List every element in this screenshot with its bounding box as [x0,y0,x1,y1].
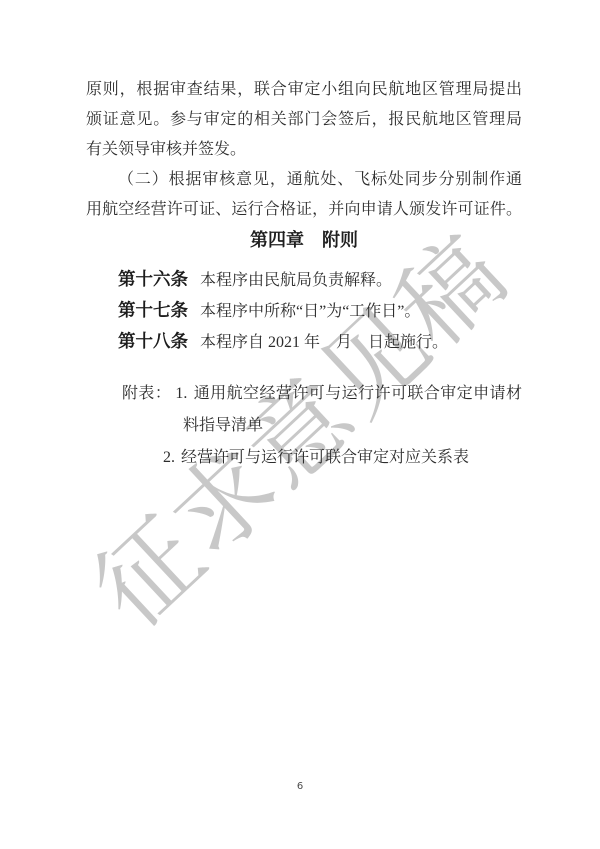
article-text: 本程序由民航局负责解释。 [200,272,392,289]
paragraph-line: （二）根据审核意见，通航处、飞标处同步分别制作通 [86,165,522,195]
paragraph-line: 原则，根据审查结果，联合审定小组向民航地区管理局提出 [86,75,522,105]
document-page: 征求意见稿 原则，根据审查结果，联合审定小组向民航地区管理局提出 颁证意见。参与… [0,0,600,849]
article-17: 第十七条本程序中所称“日”为“工作日”。 [86,295,522,326]
paragraph-line: 用航空经营许可证、运行合格证，并向申请人颁发许可证件。 [86,195,522,225]
appendix-item-1-line-1: 附表：1.通用航空经营许可与运行许可联合审定申请材 [86,378,522,410]
article-text: 本程序中所称“日”为“工作日”。 [200,303,420,320]
article-label: 第十七条 [118,300,188,320]
paragraph-line: 颁证意见。参与审定的相关部门会签后，报民航地区管理局 [86,105,522,135]
appendix-item-text: 通用航空经营许可与运行许可联合审定申请材 [193,385,522,402]
article-18: 第十八条本程序自 2021 年 月 日起施行。 [86,326,522,357]
appendix-label: 附表： [122,385,171,402]
article-text: 本程序自 2021 年 月 日起施行。 [200,334,448,351]
appendix-item-number: 2. [163,449,175,466]
chapter-heading: 第四章 附则 [86,225,522,255]
appendix-item-text: 经营许可与运行许可联合审定对应关系表 [181,449,469,466]
article-16: 第十六条本程序由民航局负责解释。 [86,264,522,295]
page-number: 6 [0,781,600,792]
page-content: 原则，根据审查结果，联合审定小组向民航地区管理局提出 颁证意见。参与审定的相关部… [86,75,522,474]
paragraph-line: 有关领导审核并签发。 [86,135,522,165]
article-label: 第十六条 [118,269,188,289]
appendix-item-1-line-2: 料指导清单 [86,410,522,442]
appendix-item-number: 1. [175,385,187,402]
appendix-item-2: 2.经营许可与运行许可联合审定对应关系表 [86,442,522,474]
article-label: 第十八条 [118,331,188,351]
appendix-list: 附表：1.通用航空经营许可与运行许可联合审定申请材 料指导清单 2.经营许可与运… [86,378,522,474]
